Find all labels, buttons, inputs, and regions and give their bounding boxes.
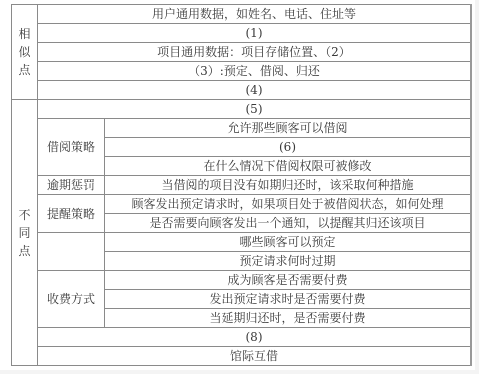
- similar-row-5: (4): [38, 81, 471, 100]
- table-row: 借阅策略 允许那些顾客可以借阅: [12, 119, 471, 138]
- different-row-8: (8): [38, 328, 471, 347]
- similar-row-2: (1): [38, 24, 471, 43]
- table-row: 不 同 点 (5): [12, 100, 471, 119]
- table-row: 相 似 点 用户通用数据，如姓名、电话、住址等: [12, 5, 471, 24]
- similar-row-3: 项目通用数据：项目存储位置、（2）: [38, 43, 471, 62]
- reminder-policy-label: 提醒策略: [38, 195, 105, 233]
- label-char: 点: [12, 242, 37, 260]
- overdue-penalty-label: 逾期惩罚: [38, 176, 105, 195]
- different-points-label: 不 同 点: [12, 100, 38, 366]
- table-row: (8): [12, 328, 471, 347]
- borrow-policy-label: 借阅策略: [38, 119, 105, 176]
- table-row: 逾期惩罚 当借阅的项目没有如期归还时，该采取何种措施: [12, 176, 471, 195]
- similar-row-4: （3）:预定、借阅、归还: [38, 62, 471, 81]
- label-char: 点: [12, 61, 37, 79]
- reservation-item: 哪些顾客可以预定: [105, 233, 471, 252]
- borrow-policy-item: 允许那些顾客可以借阅: [105, 119, 471, 138]
- reservation-item: 预定请求何时过期: [105, 252, 471, 271]
- table-row: (1): [12, 24, 471, 43]
- different-row-5: (5): [38, 100, 471, 119]
- fee-method-item: 成为顾客是否需要付费: [105, 271, 471, 290]
- table-row: 哪些顾客可以预定: [12, 233, 471, 252]
- table-row: 馆际互借: [12, 347, 471, 366]
- interlibrary-loan-row: 馆际互借: [38, 347, 471, 366]
- reservation-label: [38, 233, 105, 271]
- table-row: （3）:预定、借阅、归还: [12, 62, 471, 81]
- table-row: (4): [12, 81, 471, 100]
- comparison-table: 相 似 点 用户通用数据，如姓名、电话、住址等 (1) 项目通用数据：项目存储位…: [11, 4, 471, 366]
- label-char: 相: [12, 25, 37, 43]
- fee-method-label: 收费方式: [38, 271, 105, 328]
- label-char: 似: [12, 43, 37, 61]
- label-char: 不: [12, 206, 37, 224]
- fee-method-item: 当延期归还时，是否需要付费: [105, 309, 471, 328]
- label-char: 同: [12, 224, 37, 242]
- similar-row-1: 用户通用数据，如姓名、电话、住址等: [38, 5, 471, 24]
- borrow-policy-item: 在什么情况下借阅权限可被修改: [105, 157, 471, 176]
- borrow-policy-item: (6): [105, 138, 471, 157]
- reminder-policy-item: 是否需要向顾客发出一个通知，以提醒其归还该项目: [105, 214, 471, 233]
- page: 相 似 点 用户通用数据，如姓名、电话、住址等 (1) 项目通用数据：项目存储位…: [0, 0, 475, 370]
- fee-method-item: 发出预定请求时是否需要付费: [105, 290, 471, 309]
- table-row: 项目通用数据：项目存储位置、（2）: [12, 43, 471, 62]
- reminder-policy-item: 顾客发出预定请求时，如果项目处于被借阅状态，如何处理: [105, 195, 471, 214]
- table-row: 提醒策略 顾客发出预定请求时，如果项目处于被借阅状态，如何处理: [12, 195, 471, 214]
- table-row: 收费方式 成为顾客是否需要付费: [12, 271, 471, 290]
- overdue-penalty-item: 当借阅的项目没有如期归还时，该采取何种措施: [105, 176, 471, 195]
- table-right-edge-shadow: [470, 4, 472, 366]
- similar-points-label: 相 似 点: [12, 5, 38, 100]
